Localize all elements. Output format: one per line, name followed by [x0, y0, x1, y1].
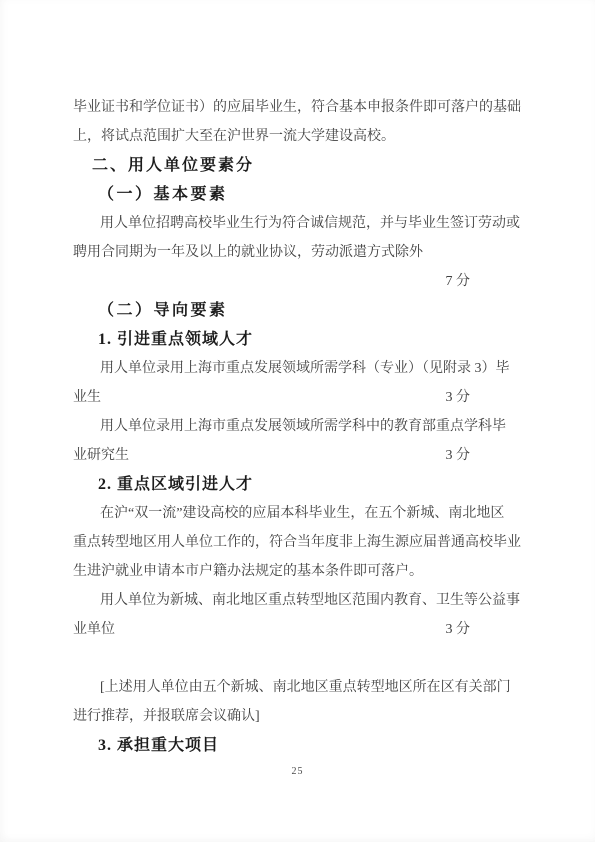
score-line: 7 分 [73, 267, 522, 296]
item-heading: 2. 重点区域引进人才 [73, 470, 522, 499]
body-line: [上述用人单位由五个新城、南北地区重点转型地区所在区有关部门 [73, 673, 522, 702]
body-line: 生进沪就业申请本市户籍办法规定的基本条件即可落户。 [73, 557, 522, 586]
score-line: 业研究生 3 分 [73, 441, 522, 470]
body-line: 用人单位招聘高校毕业生行为符合诚信规范，并与毕业生签订劳动或 [73, 209, 522, 238]
body-line: 毕业证书和学位证书）的应届毕业生，符合基本申报条件即可落户的基础 [73, 93, 522, 122]
section-heading: 二、用人单位要素分 [73, 151, 522, 180]
score-value: 7 分 [446, 267, 471, 296]
body-line: 在沪“双一流”建设高校的应届本科毕业生，在五个新城、南北地区 [73, 499, 522, 528]
subsection-heading: （一）基本要素 [73, 180, 522, 209]
body-line: 用人单位录用上海市重点发展领域所需学科中的教育部重点学科毕 [73, 412, 522, 441]
body-line: 聘用合同期为一年及以上的就业协议，劳动派遣方式除外 [73, 238, 522, 267]
body-line: 业单位 [73, 615, 115, 644]
body-line: 业研究生 [73, 441, 129, 470]
document-page: 毕业证书和学位证书）的应届毕业生，符合基本申报条件即可落户的基础 上，将试点范围… [0, 0, 595, 842]
body-line: 用人单位为新城、南北地区重点转型地区范围内教育、卫生等公益事 [73, 586, 522, 615]
body-line: 进行推荐，并报联席会议确认] [73, 702, 522, 731]
page-number: 25 [73, 766, 522, 777]
item-heading: 1. 引进重点领域人才 [73, 325, 522, 354]
body-line: 重点转型地区用人单位工作的，符合当年度非上海生源应届普通高校毕业 [73, 528, 522, 557]
body-line: 业生 [73, 383, 101, 412]
score-value: 3 分 [446, 615, 471, 644]
score-line: 业生 3 分 [73, 383, 522, 412]
body-line: 上，将试点范围扩大至在沪世界一流大学建设高校。 [73, 122, 522, 151]
subsection-heading: （二）导向要素 [73, 296, 522, 325]
body-line: 用人单位录用上海市重点发展领域所需学科（专业）（见附录 3）毕 [73, 354, 522, 383]
score-value: 3 分 [446, 383, 471, 412]
score-line: 业单位 3 分 [73, 615, 522, 644]
score-value: 3 分 [446, 441, 471, 470]
blank-line [73, 644, 522, 673]
item-heading: 3. 承担重大项目 [73, 731, 522, 760]
